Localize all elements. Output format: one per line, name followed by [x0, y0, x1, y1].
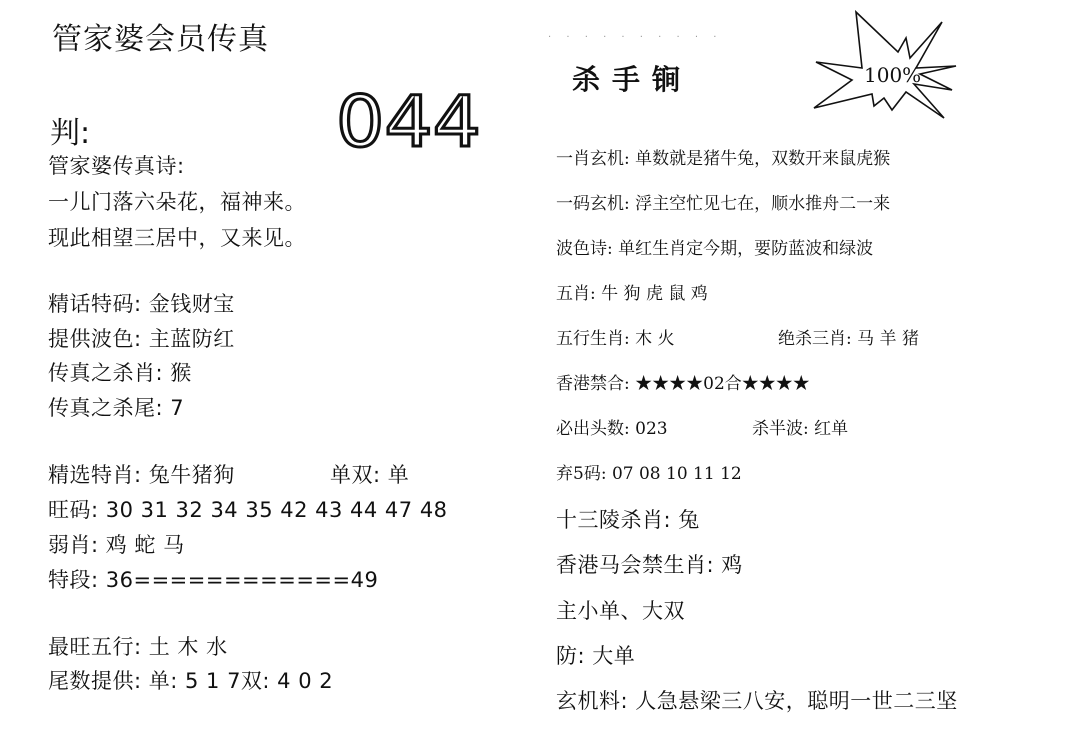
- issue-number-graphic: 044: [334, 88, 490, 152]
- info-line: 一码玄机: 浮主空忙见七在，顺水推舟二一来: [556, 189, 890, 214]
- info-line: 防: 大单: [556, 640, 635, 670]
- odd-even: 单双: 单: [330, 459, 409, 489]
- special-range: 特段: 36============49: [48, 564, 378, 594]
- drop-five-numbers: 弃5码: 07 08 10 11 12: [556, 459, 742, 484]
- badge-percent: 100%: [864, 63, 921, 87]
- must-head-number: 必出头数: 023: [556, 414, 668, 439]
- decorative-dots: · · · · · · · · · ·: [548, 32, 722, 43]
- kill-half-wave: 杀半波: 红单: [752, 414, 848, 439]
- poem-title: 管家婆传真诗:: [48, 150, 185, 180]
- section-title: 杀手锏: [572, 58, 692, 98]
- info-line: 香港马会禁生肖: 鸡: [556, 549, 743, 579]
- page-title: 管家婆会员传真: [52, 14, 269, 58]
- info-line: 传真之杀尾: 7: [48, 392, 184, 422]
- starburst-badge: 100%: [806, 10, 970, 122]
- issue-number: 044: [336, 88, 481, 152]
- weak-zodiac: 弱肖: 鸡 蛇 马: [48, 529, 185, 559]
- info-line: 波色诗: 单红生肖定今期，要防蓝波和绿波: [556, 234, 873, 259]
- info-line: 一肖玄机: 单数就是猪牛兔，双数开来鼠虎猴: [556, 144, 890, 169]
- hk-forbidden-combo: 香港禁合: ★★★★02合★★★★: [556, 369, 810, 394]
- kill-three-zodiac: 绝杀三肖: 马 羊 猪: [778, 324, 919, 349]
- tail-numbers: 尾数提供: 单: 5 1 7双: 4 0 2: [48, 665, 333, 695]
- best-elements: 最旺五行: 土 木 水: [48, 631, 228, 661]
- five-zodiac: 五肖: 牛 狗 虎 鼠 鸡: [556, 279, 708, 304]
- five-elements-zodiac: 五行生肖: 木 火: [556, 324, 675, 349]
- judge-label: 判:: [50, 108, 90, 152]
- info-line: 十三陵杀肖: 兔: [556, 504, 700, 534]
- featured-zodiac: 精选特肖: 兔牛猪狗: [48, 459, 235, 489]
- info-line: 玄机料: 人急悬梁三八安，聪明一世二三坚: [556, 685, 958, 715]
- info-line: 主小单、大双: [556, 595, 685, 625]
- info-line: 提供波色: 主蓝防红: [48, 323, 235, 353]
- poem-line-2: 现此相望三居中，又来见。: [48, 222, 306, 252]
- info-line: 精话特码: 金钱财宝: [48, 288, 235, 318]
- poem-line-1: 一儿门落六朵花，福神来。: [48, 186, 306, 216]
- hot-numbers: 旺码: 30 31 32 34 35 42 43 44 47 48: [48, 494, 448, 524]
- info-line: 传真之杀肖: 猴: [48, 357, 192, 387]
